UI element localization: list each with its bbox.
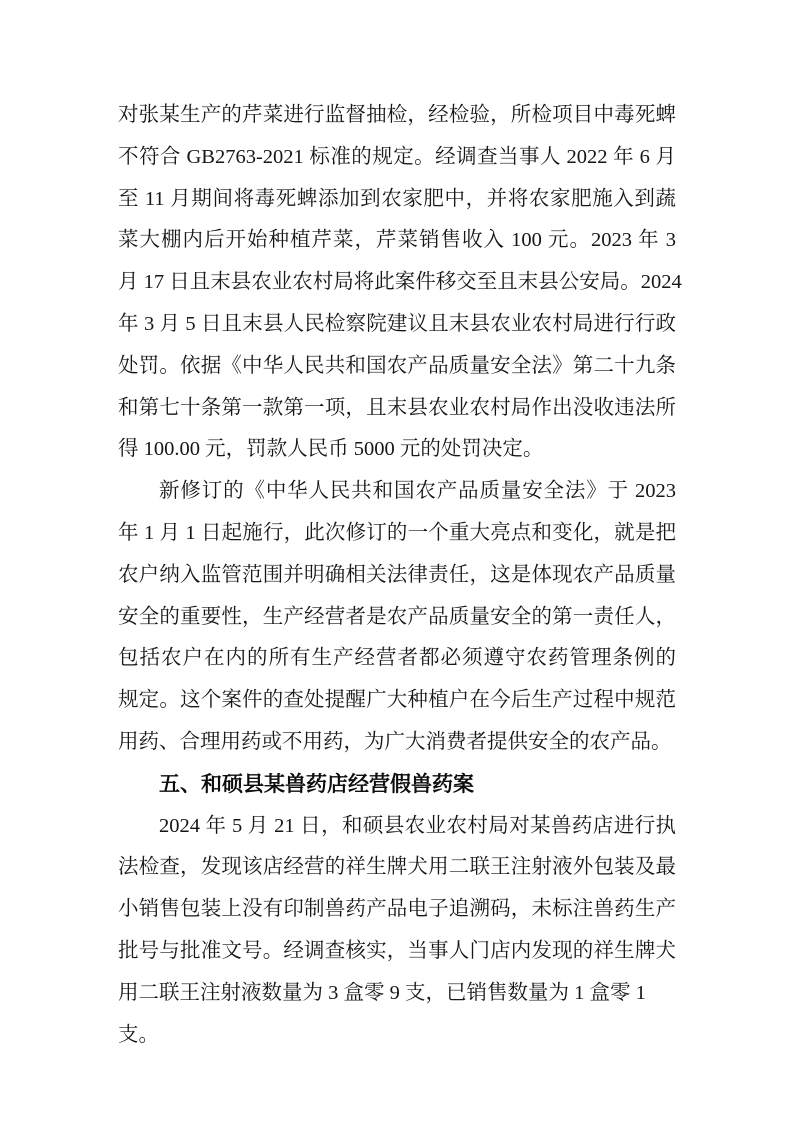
text-line: 用药、合理用药或不用药，为广大消费者提供安全的农产品。 [118,722,676,764]
text-line: 月 17 日且末县农业农村局将此案件移交至且末县公安局。2024 [118,262,676,304]
text-line: 得 100.00 元，罚款人民币 5000 元的处罚决定。 [118,429,676,471]
text-line: 对张某生产的芹菜进行监督抽检，经检验，所检项目中毒死蜱 [118,95,676,137]
text-line: 和第七十条第一款第一项，且末县农业农村局作出没收违法所 [118,388,676,430]
text-line: 农户纳入监管范围并明确相关法律责任，这是体现农产品质量 [118,555,676,597]
text-line: 年 3 月 5 日且末县人民检察院建议且末县农业农村局进行行政 [118,304,676,346]
text-line: 处罚。依据《中华人民共和国农产品质量安全法》第二十九条 [118,346,676,388]
paragraph: 新修订的《中华人民共和国农产品质量安全法》于 2023 年 1 月 1 日起施行… [118,471,676,764]
text-line: 新修订的《中华人民共和国农产品质量安全法》于 2023 [118,471,676,513]
text-line: 安全的重要性，生产经营者是农产品质量安全的第一责任人， [118,597,676,639]
section-heading: 五、和硕县某兽药店经营假兽药案 [118,764,676,806]
text-line: 年 1 月 1 日起施行，此次修订的一个重大亮点和变化，就是把 [118,513,676,555]
text-line: 2024 年 5 月 21 日，和硕县农业农村局对某兽药店进行执 [118,806,676,848]
text-block: 对张某生产的芹菜进行监督抽检，经检验，所检项目中毒死蜱 不符合 GB2763-2… [118,95,676,1015]
text-line: 法检查，发现该店经营的祥生牌犬用二联王注射液外包装及最 [118,847,676,889]
text-line: 用二联王注射液数量为 3 盒零 9 支，已销售数量为 1 盒零 1 支。 [118,973,676,1015]
paragraph: 对张某生产的芹菜进行监督抽检，经检验，所检项目中毒死蜱 不符合 GB2763-2… [118,95,676,471]
paragraph: 2024 年 5 月 21 日，和硕县农业农村局对某兽药店进行执 法检查，发现该… [118,806,676,1015]
text-line: 小销售包装上没有印制兽药产品电子追溯码，未标注兽药生产 [118,889,676,931]
text-line: 规定。这个案件的查处提醒广大种植户在今后生产过程中规范 [118,680,676,722]
text-line: 菜大棚内后开始种植芹菜，芹菜销售收入 100 元。2023 年 3 [118,220,676,262]
text-line: 至 11 月期间将毒死蜱添加到农家肥中，并将农家肥施入到蔬 [118,179,676,221]
text-line: 包括农户在内的所有生产经营者都必须遵守农药管理条例的 [118,638,676,680]
text-line: 批号与批准文号。经调查核实，当事人门店内发现的祥生牌犬 [118,931,676,973]
text-line: 不符合 GB2763-2021 标准的规定。经调查当事人 2022 年 6 月 [118,137,676,179]
document-page: 对张某生产的芹菜进行监督抽检，经检验，所检项目中毒死蜱 不符合 GB2763-2… [0,0,793,1122]
